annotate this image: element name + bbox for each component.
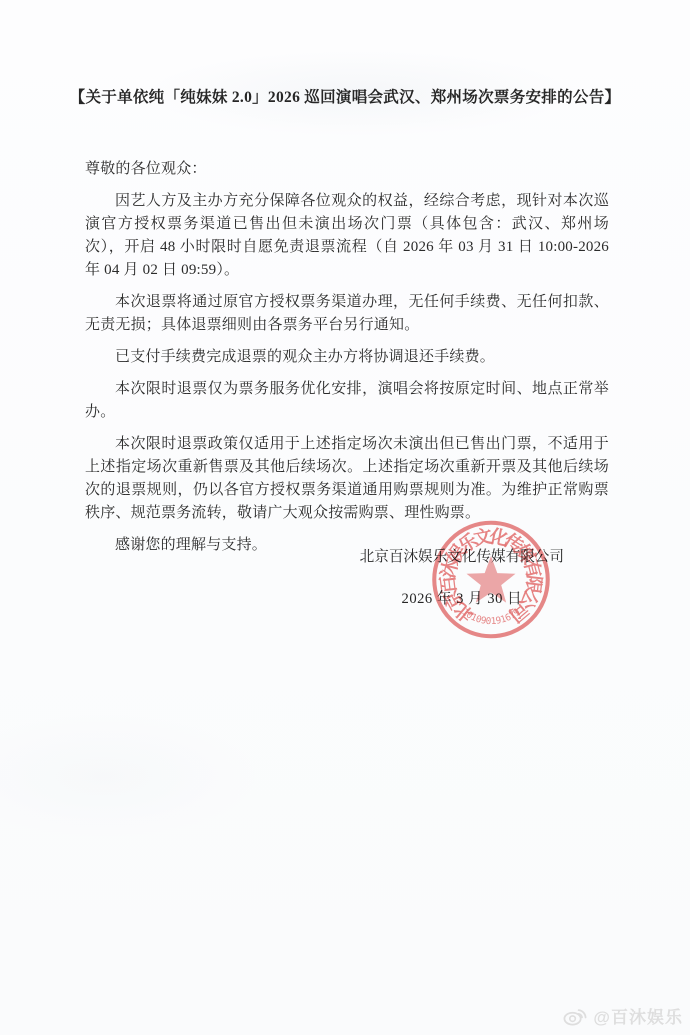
salutation: 尊敬的各位观众： [85, 158, 609, 181]
weibo-icon [562, 1002, 588, 1028]
star-icon [467, 556, 516, 603]
document-title: 【关于单依纯「纯妹妹 2.0」2026 巡回演唱会武汉、郑州场次票务安排的公告】 [0, 85, 690, 107]
paragraph-2: 本次退票将通过原官方授权票务渠道办理，无任何手续费、无任何扣款、无责无损；具体退… [85, 291, 609, 337]
watermark: @百沐娱乐 [562, 1002, 683, 1028]
paragraph-3: 已支付手续费完成退票的观众主办方将协调退还手续费。 [85, 346, 609, 369]
company-seal-stamp: 北京百沐娱乐文化传媒有限公司 101090191679 [414, 501, 568, 658]
watermark-text: @百沐娱乐 [593, 1003, 683, 1028]
paragraph-4: 本次限时退票仅为票务服务优化安排，演唱会将按原定时间、地点正常举办。 [85, 378, 609, 424]
stamp-serial: 101090191679 [459, 607, 522, 628]
announcement-document: 【关于单依纯「纯妹妹 2.0」2026 巡回演唱会武汉、郑州场次票务安排的公告】… [0, 0, 690, 1035]
paragraph-1: 因艺人方及主办方充分保障各位观众的权益，经综合考虑，现针对本次巡演官方授权票务渠… [85, 190, 609, 282]
